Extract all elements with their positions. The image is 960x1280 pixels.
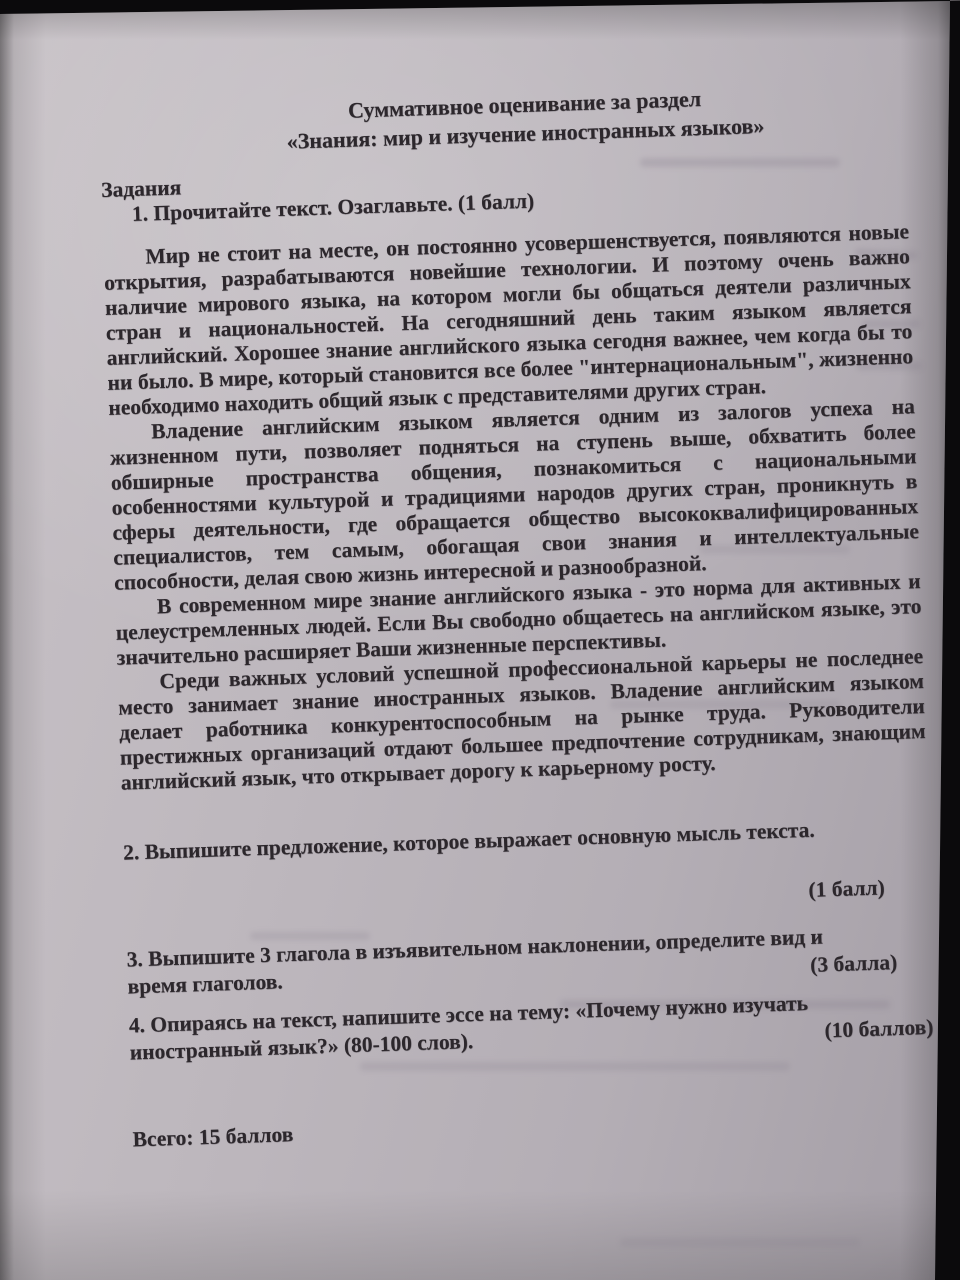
paragraph-1: Мир не стоит на месте, он постоянно усов… bbox=[103, 219, 914, 421]
paragraph-2: Владение английским языком является одни… bbox=[109, 394, 920, 596]
bleedthrough-mark bbox=[620, 1238, 860, 1247]
photo-background: Суммативное оценивание за раздел «Знания… bbox=[0, 0, 960, 1280]
total-points: Всего: 15 баллов bbox=[132, 1100, 938, 1154]
task-3-points: (3 балла) bbox=[810, 949, 898, 979]
reading-text: Мир не стоит на месте, он постоянно усов… bbox=[103, 219, 927, 795]
document-content: Суммативное оценивание за раздел «Знания… bbox=[98, 69, 939, 1153]
task-2: 2. Выпишите предложение, которое выражае… bbox=[123, 813, 929, 867]
paragraph-4: Среди важных условий успешной профессион… bbox=[117, 644, 927, 796]
document-title: Суммативное оценивание за раздел «Знания… bbox=[98, 77, 905, 162]
task-3: 3. Выпишите 3 глагола в изъявительном на… bbox=[126, 920, 933, 1001]
document-page: Суммативное оценивание за раздел «Знания… bbox=[0, 0, 960, 1280]
task-2-points: (1 балл) bbox=[125, 873, 931, 927]
task-4: 4. Опираясь на текст, напишите эссе на т… bbox=[128, 986, 935, 1067]
task-4-points: (10 баллов) bbox=[824, 1014, 934, 1045]
